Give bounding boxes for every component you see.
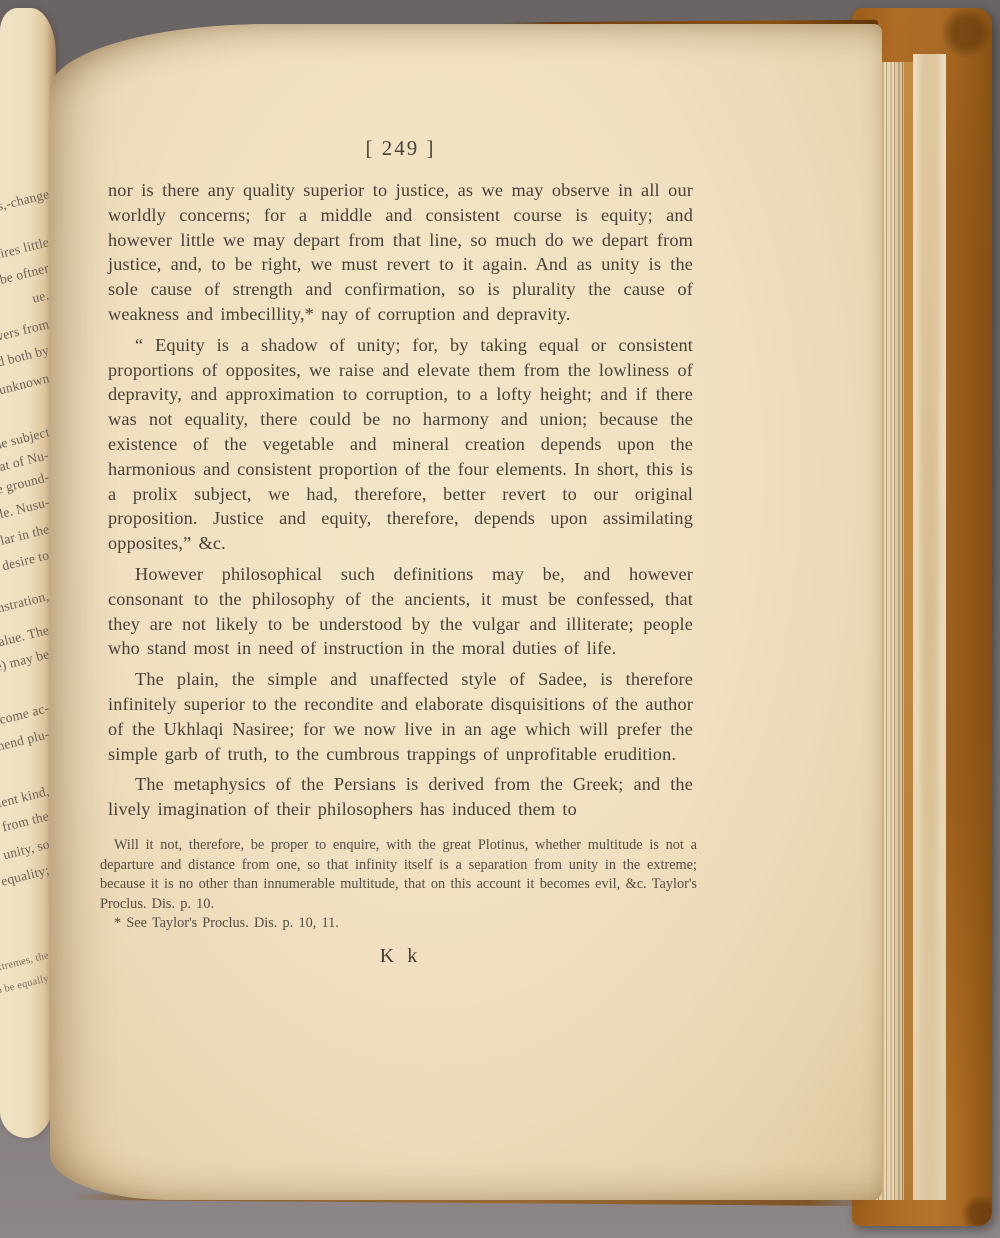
facing-text-fragment: his,-change [0, 186, 51, 217]
body-paragraph: nor is there any quality superior to jus… [108, 178, 693, 327]
body-paragraph: The plain, the simple and unaffected sty… [108, 667, 693, 766]
facing-page-edge: his,-changequires littlel be oftnerue.ow… [0, 8, 56, 1138]
facing-text-fragment: equality; [0, 862, 51, 889]
facing-text-fragment: e ground- [0, 469, 51, 498]
facing-text-fragment: hend plu- [0, 726, 51, 754]
facing-text-fragment: d both by [0, 342, 51, 370]
facing-text-fragment: ue. [31, 287, 51, 307]
body-paragraph: The metaphysics of the Persians is deriv… [108, 772, 693, 822]
facing-text-fragment: lent kind, [0, 783, 51, 811]
page-body: nor is there any quality superior to jus… [108, 178, 693, 822]
facing-text-fragment: l be oftner [0, 260, 51, 289]
flyleaf-band [913, 54, 946, 1200]
facing-text-fragment: t unknown [0, 370, 51, 400]
body-paragraph: “ Equity is a shadow of unity; for, by t… [108, 333, 693, 556]
page-content: [ 249 ] nor is there any quality superio… [108, 24, 693, 968]
signature-mark: K k [108, 945, 693, 968]
facing-text-fragment: le. Nusu- [0, 494, 51, 522]
facing-text-fragment: unity, so [1, 836, 51, 863]
book-page: [ 249 ] nor is there any quality superio… [50, 24, 882, 1200]
facing-text-fragment: desire to [1, 547, 51, 574]
facing-text-fragment: e) may be [0, 646, 51, 675]
facing-text-fragment: lar in the [0, 521, 51, 549]
facing-text-fragment: ecome ac- [0, 700, 51, 729]
page-number: [ 249 ] [108, 136, 693, 161]
facing-footnote-fragment: xtremes, the [0, 950, 50, 974]
body-paragraph: However philosophical such definitions m… [108, 562, 693, 661]
footnotes: Will it not, therefore, be proper to enq… [100, 836, 697, 934]
facing-footnote-fragment: o be equally [0, 973, 50, 997]
page-edge-band [904, 62, 913, 1200]
footnote: Will it not, therefore, be proper to enq… [100, 836, 697, 914]
facing-text-fragment: onstration, [0, 588, 51, 618]
footnote: * See Taylor's Proclus. Dis. p. 10, 11. [100, 914, 697, 934]
book-photograph: his,-changequires littlel be oftnerue.ow… [0, 0, 1000, 1238]
facing-text-fragment: from the [1, 808, 51, 835]
